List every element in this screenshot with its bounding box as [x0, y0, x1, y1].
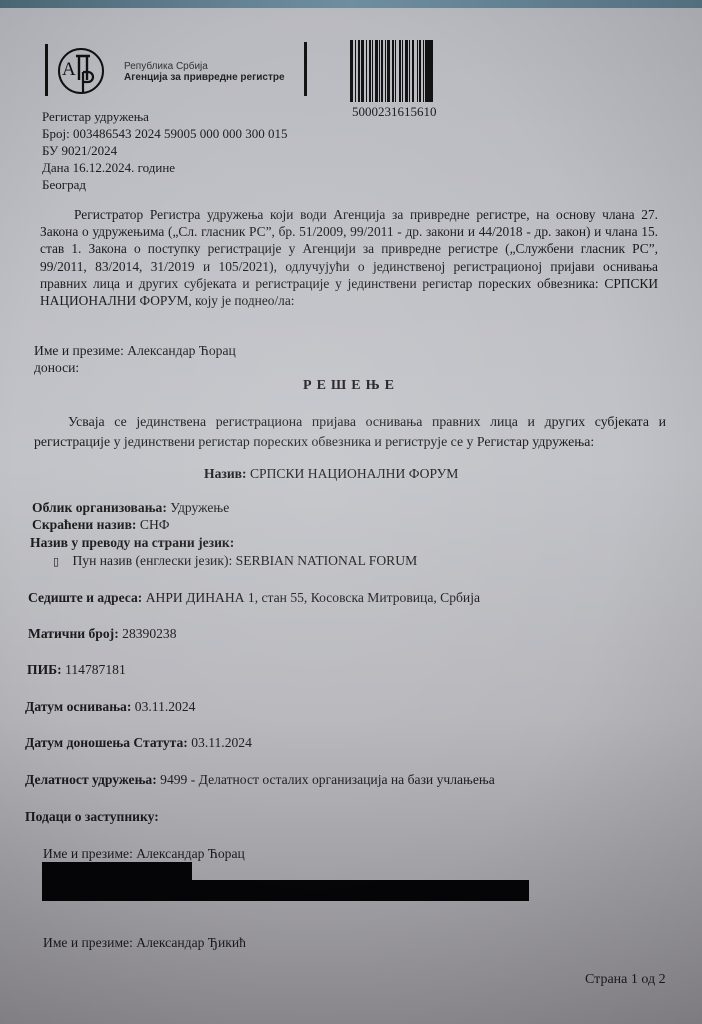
svg-text:А: А	[62, 59, 76, 80]
field-activity: Делатност удружења: 9499 - Делатност ост…	[25, 772, 495, 788]
representative-1-name: Име и презиме: Александар Ћорац	[43, 846, 245, 862]
document-number: Број: 003486543 2024 59005 000 000 300 0…	[42, 125, 287, 142]
bu-number: БУ 9021/2024	[42, 142, 117, 159]
decision-title: РЕШЕЊЕ	[0, 378, 702, 394]
field-activity-label: Делатност удружења:	[25, 772, 157, 787]
field-seat: Седиште и адреса: АНРИ ДИНАНА 1, стан 55…	[28, 590, 480, 606]
field-form: Облик организовања: Удружење	[32, 500, 229, 516]
logo-agency-text: Агенција за привредне регистре	[124, 72, 285, 83]
document-date: Дана 16.12.2024. године	[42, 159, 175, 176]
field-seat-label: Седиште и адреса:	[28, 590, 142, 605]
decision-paragraph: Усваја се јединствена регистрациона приј…	[34, 412, 666, 452]
bullet-icon: ▯	[53, 555, 59, 568]
field-name-label: Назив:	[204, 466, 247, 481]
field-foreign-name-value: Пун назив (енглески језик): SERBIAN NATI…	[72, 553, 417, 568]
field-founded-value: 03.11.2024	[135, 699, 196, 714]
redaction-bar	[42, 880, 529, 901]
field-statute-date-label: Датум доношења Статута:	[25, 735, 188, 750]
photo-top-edge	[0, 0, 702, 8]
barcode-number: 5000231615610	[352, 104, 437, 120]
applicant-name: Име и презиме: Александар Ћорац	[34, 343, 236, 359]
representatives-heading: Подаци о заступнику:	[25, 809, 159, 825]
field-short-name-label: Скраћени назив:	[32, 517, 136, 532]
field-form-value: Удружење	[170, 500, 229, 515]
field-name: Назив: СРПСКИ НАЦИОНАЛНИ ФОРУМ	[204, 466, 458, 482]
register-name: Регистар удружења	[42, 108, 149, 125]
issues-label: доноси:	[34, 360, 79, 376]
field-pib: ПИБ: 114787181	[27, 662, 126, 678]
document-city: Београд	[42, 176, 86, 193]
field-pib-value: 114787181	[65, 662, 126, 677]
intro-paragraph-text: Регистратор Регистра удружења који води …	[40, 207, 658, 308]
field-founded: Датум оснивања: 03.11.2024	[25, 699, 195, 715]
field-activity-value: 9499 - Делатност осталих организација на…	[160, 772, 495, 787]
field-short-name-value: СНФ	[140, 517, 170, 532]
logo-divider-left	[45, 44, 48, 96]
field-founded-label: Датум оснивања:	[25, 699, 131, 714]
field-seat-value: АНРИ ДИНАНА 1, стан 55, Косовска Митрови…	[146, 590, 480, 605]
decision-paragraph-text: Усваја се јединствена регистрациона приј…	[34, 414, 666, 449]
field-statute-date-value: 03.11.2024	[191, 735, 252, 750]
field-reg-number-label: Матични број:	[28, 626, 119, 641]
field-name-value: СРПСКИ НАЦИОНАЛНИ ФОРУМ	[250, 466, 458, 481]
intro-paragraph: Регистратор Регистра удружења који води …	[40, 206, 658, 309]
field-foreign-name-item: ▯ Пун назив (енглески језик): SERBIAN NA…	[53, 553, 417, 569]
field-form-label: Облик организовања:	[32, 500, 167, 515]
page-number: Страна 1 од 2	[585, 972, 666, 988]
apr-logo-icon: А	[55, 46, 107, 96]
logo-republic-text: Република Србија	[124, 61, 208, 72]
field-short-name: Скраћени назив: СНФ	[32, 517, 170, 533]
logo-divider-right	[304, 42, 307, 96]
barcode-icon	[350, 40, 440, 102]
representative-2-name: Име и презиме: Александар Ђикић	[43, 935, 246, 951]
field-statute-date: Датум доношења Статута: 03.11.2024	[25, 735, 252, 751]
representatives-heading-text: Подаци о заступнику:	[25, 809, 159, 824]
field-foreign-name-label: Назив у преводу на страни језик:	[30, 535, 234, 550]
field-foreign-name: Назив у преводу на страни језик:	[30, 535, 234, 551]
field-reg-number-value: 28390238	[122, 626, 176, 641]
field-reg-number: Матични број: 28390238	[28, 626, 177, 642]
field-pib-label: ПИБ:	[27, 662, 62, 677]
